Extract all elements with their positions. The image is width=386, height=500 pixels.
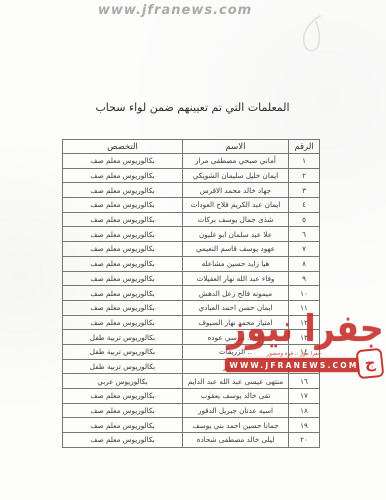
row-specialization-cell: بكالوريوس تربية طفل [63,344,183,359]
row-number-cell: ٣ [289,183,320,198]
row-name-cell: اسيه عدنان جبريل الدقور [183,403,289,418]
row-number-cell: ٢ [289,168,320,183]
row-name-cell: ايمان عبد الكريم فلاح العودات [183,198,289,213]
row-specialization-cell: بكالوريوس تربية طفل [63,359,183,374]
table-row: ١٠ميمونه فالح زعل الدهشبكالوريوس معلم صف [63,286,320,301]
row-name-cell: شذى جمال يوسف بركات [183,212,289,227]
table-row: ٢٠ليلى خالد مصطفى شحادهبكالوريوس معلم صف [63,433,320,448]
scanned-document-page: { "page": { "watermark_top": "www.jfrane… [0,0,386,500]
row-specialization-cell: بكالوريوس معلم صف [63,271,183,286]
table-row: ٣جهاد خالد محمد الاقرسبكالوريوس معلم صف [63,183,320,198]
logo-tagline: جفرا نيوز .. قوة وحضور [229,351,359,357]
row-number-cell: ١٠ [289,286,320,301]
row-specialization-cell: بكالوريوس معلم صف [63,242,183,257]
row-name-cell: عهود يوسف قاسم النعيمي [183,242,289,257]
row-name-cell: وفاء عبد الله نهار العقيلات [183,271,289,286]
row-specialization-cell: بكالوريوس عربي [63,374,183,389]
row-name-cell: أماني صبحي مصطفى مرار [183,154,289,169]
row-number-cell: ١٩ [289,418,320,433]
row-specialization-cell: بكالوريوس معلم صف [63,168,183,183]
table-row: ٢ايمان خليل سليمان الشويكيبكالوريوس معلم… [63,168,320,183]
logo-url-text: WWW.JFRANEWS.COM [229,361,358,370]
pen-squiggle-mark [298,14,326,56]
row-name-cell: تقى خالد يوسف يعقوب [183,389,289,404]
table-row: ١٨اسيه عدنان جبريل الدقوربكالوريوس معلم … [63,403,320,418]
row-number-cell: ٢٠ [289,433,320,448]
table-row: ٥شذى جمال يوسف بركاتبكالوريوس معلم صف [63,212,320,227]
table-header-row: الرقم الاسم التخصص [63,140,320,154]
logo-url-banner: WWW.JFRANEWS.COM [225,358,363,372]
row-specialization-cell: بكالوريوس معلم صف [63,433,183,448]
row-specialization-cell: بكالوريوس معلم صف [63,183,183,198]
header-specialization: التخصص [63,140,183,154]
table-row: ٧عهود يوسف قاسم النعيميبكالوريوس معلم صف [63,242,320,257]
row-specialization-cell: بكالوريوس معلم صف [63,212,183,227]
top-url-watermark: www.jfranews.com [45,3,305,18]
row-number-cell: ١٨ [289,403,320,418]
row-number-cell: ٨ [289,256,320,271]
row-number-cell: ١٧ [289,389,320,404]
table-row: ٦علا عبد سلمان ابو غليونبكالوريوس معلم ص… [63,227,320,242]
row-name-cell: جمانا حسين احمد بني يوسف [183,418,289,433]
row-number-cell: ٧ [289,242,320,257]
row-name-cell: جهاد خالد محمد الاقرس [183,183,289,198]
row-name-cell: علا عبد سلمان ابو غليون [183,227,289,242]
teachers-table: الرقم الاسم التخصص ١أماني صبحي مصطفى مرا… [62,139,320,448]
row-specialization-cell: بكالوريوس معلم صف [63,227,183,242]
row-specialization-cell: بكالوريوس معلم صف [63,300,183,315]
row-number-cell: ٥ [289,212,320,227]
table-body: ١أماني صبحي مصطفى مراربكالوريوس معلم صف٢… [63,154,320,448]
row-name-cell: ليلى خالد مصطفى شحاده [183,433,289,448]
table-row: ٩وفاء عبد الله نهار العقيلاتبكالوريوس مع… [63,271,320,286]
row-name-cell: ايمان خليل سليمان الشويكي [183,168,289,183]
row-specialization-cell: بكالوريوس معلم صف [63,286,183,301]
row-name-cell: هيا زايد حسين مشاعله [183,256,289,271]
table-row: ١٧تقى خالد يوسف يعقوببكالوريوس معلم صف [63,389,320,404]
row-specialization-cell: بكالوريوس معلم صف [63,389,183,404]
table-row: ١أماني صبحي مصطفى مراربكالوريوس معلم صف [63,154,320,169]
jfranews-logo-watermark: جفرا نيوز جفرا نيوز .. قوة وحضور WWW.JFR… [225,305,386,383]
table-row: ٤ايمان عبد الكريم فلاح العوداتبكالوريوس … [63,198,320,213]
row-specialization-cell: بكالوريوس معلم صف [63,403,183,418]
header-number: الرقم [289,140,320,154]
row-specialization-cell: بكالوريوس تربية طفل [63,330,183,345]
table-row: ١٩جمانا حسين احمد بني يوسفبكالوريوس معلم… [63,418,320,433]
logo-jeem-icon: ج [356,348,385,380]
row-specialization-cell: بكالوريوس معلم صف [63,418,183,433]
row-number-cell: ٤ [289,198,320,213]
row-specialization-cell: بكالوريوس معلم صف [63,315,183,330]
row-specialization-cell: بكالوريوس معلم صف [63,154,183,169]
logo-brand-text: جفرا نيوز [225,305,386,351]
table-header: الرقم الاسم التخصص [63,140,320,154]
table-row: ٨هيا زايد حسين مشاعلهبكالوريوس معلم صف [63,256,320,271]
header-name: الاسم [183,140,289,154]
row-specialization-cell: بكالوريوس معلم صف [63,256,183,271]
row-name-cell: ميمونه فالح زعل الدهش [183,286,289,301]
row-number-cell: ٦ [289,227,320,242]
row-number-cell: ١ [289,154,320,169]
row-specialization-cell: بكالوريوس معلم صف [63,198,183,213]
row-number-cell: ٩ [289,271,320,286]
document-title: المعلمات التي تم تعيينهم ضمن لواء سحاب [60,101,325,114]
